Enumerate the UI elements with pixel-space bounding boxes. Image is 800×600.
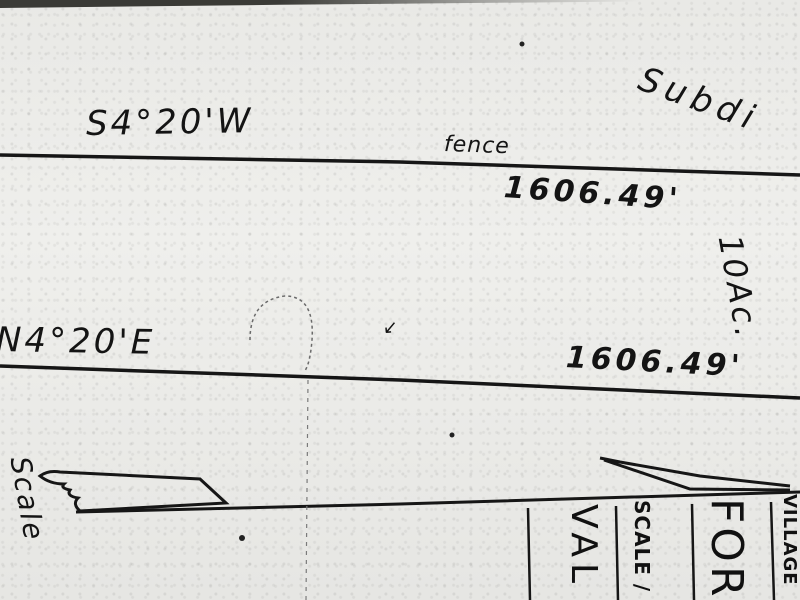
title-block-for: FOR [701, 498, 752, 600]
title-block-rule-2 [616, 506, 618, 600]
fence-label: fence [444, 132, 511, 159]
pointer-sketch-left [40, 472, 226, 512]
title-block-rule-1 [528, 508, 530, 600]
stray-dot [239, 535, 245, 541]
title-block-rule-4 [771, 502, 774, 600]
stray-dot [450, 433, 455, 438]
faint-vertical-line [306, 380, 308, 600]
bearing-label-top: S4°20'W [86, 101, 254, 144]
survey-plat-page: S4°20'W fence 1606.49' Subdi 10Ac. N4°20… [0, 0, 800, 600]
faint-erased-circle [250, 296, 312, 372]
title-block-val: VAL [563, 504, 604, 589]
stray-dot [520, 42, 525, 47]
title-block-rule-3 [692, 504, 694, 600]
title-block-scale: SCALE / [630, 500, 654, 592]
title-block-village: VILLAGE [779, 494, 800, 586]
boundary-line-top [0, 155, 800, 175]
bearing-label-bottom: N4°20'E [0, 320, 155, 363]
pointer-sketch-right [600, 458, 790, 490]
